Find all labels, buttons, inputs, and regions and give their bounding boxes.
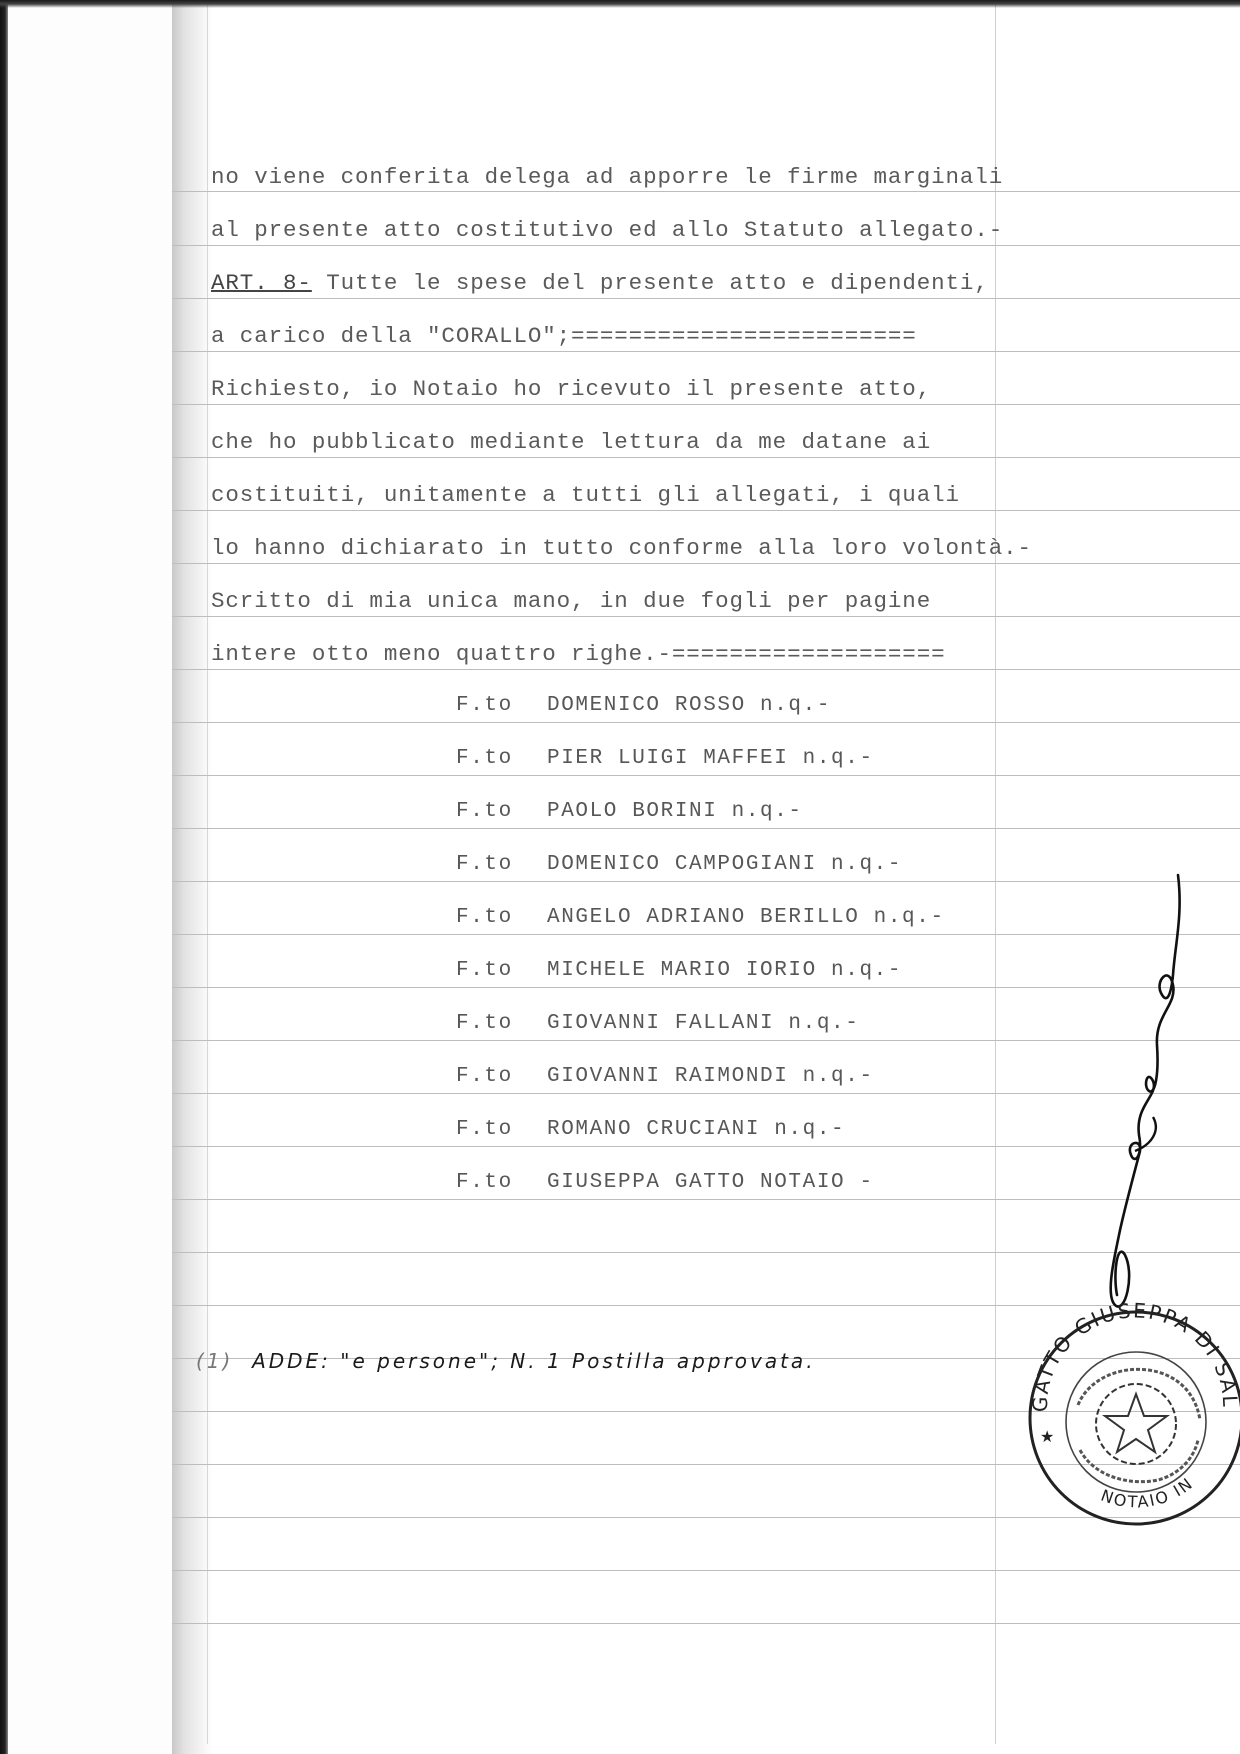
body-line-10: intere otto meno quattro righe.-========… <box>211 641 946 667</box>
ruled-line <box>172 563 1240 564</box>
ruled-line <box>172 1040 1240 1041</box>
ruled-line <box>172 1570 1240 1571</box>
handwritten-signature-icon <box>1095 855 1240 1315</box>
article-text: Tutte le spese del presente atto e dipen… <box>326 270 989 296</box>
ruled-line <box>172 775 1240 776</box>
body-line-7: costituiti, unitamente a tutti gli alleg… <box>211 482 960 508</box>
signature-line: F.toPAOLO BORINI n.q.- <box>456 800 803 823</box>
body-line-3: ART. 8- Tutte le spese del presente atto… <box>211 270 989 296</box>
body-line-5: Richiesto, io Notaio ho ricevuto il pres… <box>211 376 931 402</box>
ruled-line <box>172 722 1240 723</box>
body-line-1: no viene conferita delega ad apporre le … <box>211 164 1003 190</box>
signature-line: F.toGIUSEPPA GATTO NOTAIO - <box>456 1171 874 1194</box>
body-line-8: lo hanno dichiarato in tutto conforme al… <box>211 535 1032 561</box>
ruled-line <box>172 616 1240 617</box>
svg-text:★: ★ <box>1040 1427 1054 1446</box>
body-line-2: al presente atto costitutivo ed allo Sta… <box>211 217 1003 243</box>
ruled-line <box>172 457 1240 458</box>
svg-text:NOTAIO IN: NOTAIO IN <box>1098 1473 1197 1511</box>
ruled-line <box>172 1199 1240 1200</box>
ruled-line <box>172 1623 1240 1624</box>
ruled-line <box>172 881 1240 882</box>
right-margin-line <box>995 4 996 1744</box>
signature-line: F.toROMANO CRUCIANI n.q.- <box>456 1118 845 1141</box>
signature-line: F.toDOMENICO CAMPOGIANI n.q.- <box>456 853 902 876</box>
facing-page <box>8 8 172 1754</box>
ruled-line <box>172 1252 1240 1253</box>
ruled-line <box>172 934 1240 935</box>
body-line-6: che ho pubblicato mediante lettura da me… <box>211 429 931 455</box>
signature-line: F.toGIOVANNI FALLANI n.q.- <box>456 1012 859 1035</box>
article-label: ART. 8- <box>211 270 312 296</box>
ruled-line <box>172 404 1240 405</box>
scan-top-edge <box>0 0 1240 8</box>
ruled-line <box>172 191 1240 192</box>
left-margin-line <box>207 4 208 1744</box>
signature-line: F.toMICHELE MARIO IORIO n.q.- <box>456 959 902 982</box>
svg-text:GATTO GIUSEPPA DI SALVATORE: GATTO GIUSEPPA DI SALVATORE <box>1018 1300 1240 1412</box>
ruled-line <box>172 669 1240 670</box>
ruled-line <box>172 1146 1240 1147</box>
handwritten-note: (1) ADDE: "e persone"; N. 1 Postilla app… <box>196 1349 816 1373</box>
signature-line: F.toDOMENICO ROSSO n.q.- <box>456 694 831 717</box>
scan-left-edge <box>0 0 8 1754</box>
signature-line: F.toANGELO ADRIANO BERILLO n.q.- <box>456 906 945 929</box>
notary-seal-icon: GATTO GIUSEPPA DI SALVATORE NOTAIO IN ★ <box>1018 1300 1240 1530</box>
ruled-line <box>172 987 1240 988</box>
ruled-line <box>172 510 1240 511</box>
gutter-shadow <box>172 4 212 1754</box>
ruled-line <box>172 298 1240 299</box>
body-line-9: Scritto di mia unica mano, in due fogli … <box>211 588 931 614</box>
signature-line: F.toGIOVANNI RAIMONDI n.q.- <box>456 1065 874 1088</box>
ruled-line <box>172 1093 1240 1094</box>
ruled-line <box>172 351 1240 352</box>
ruled-line <box>172 828 1240 829</box>
body-line-4: a carico della "CORALLO";===============… <box>211 323 917 349</box>
ruled-line <box>172 245 1240 246</box>
signature-line: F.toPIER LUIGI MAFFEI n.q.- <box>456 747 874 770</box>
